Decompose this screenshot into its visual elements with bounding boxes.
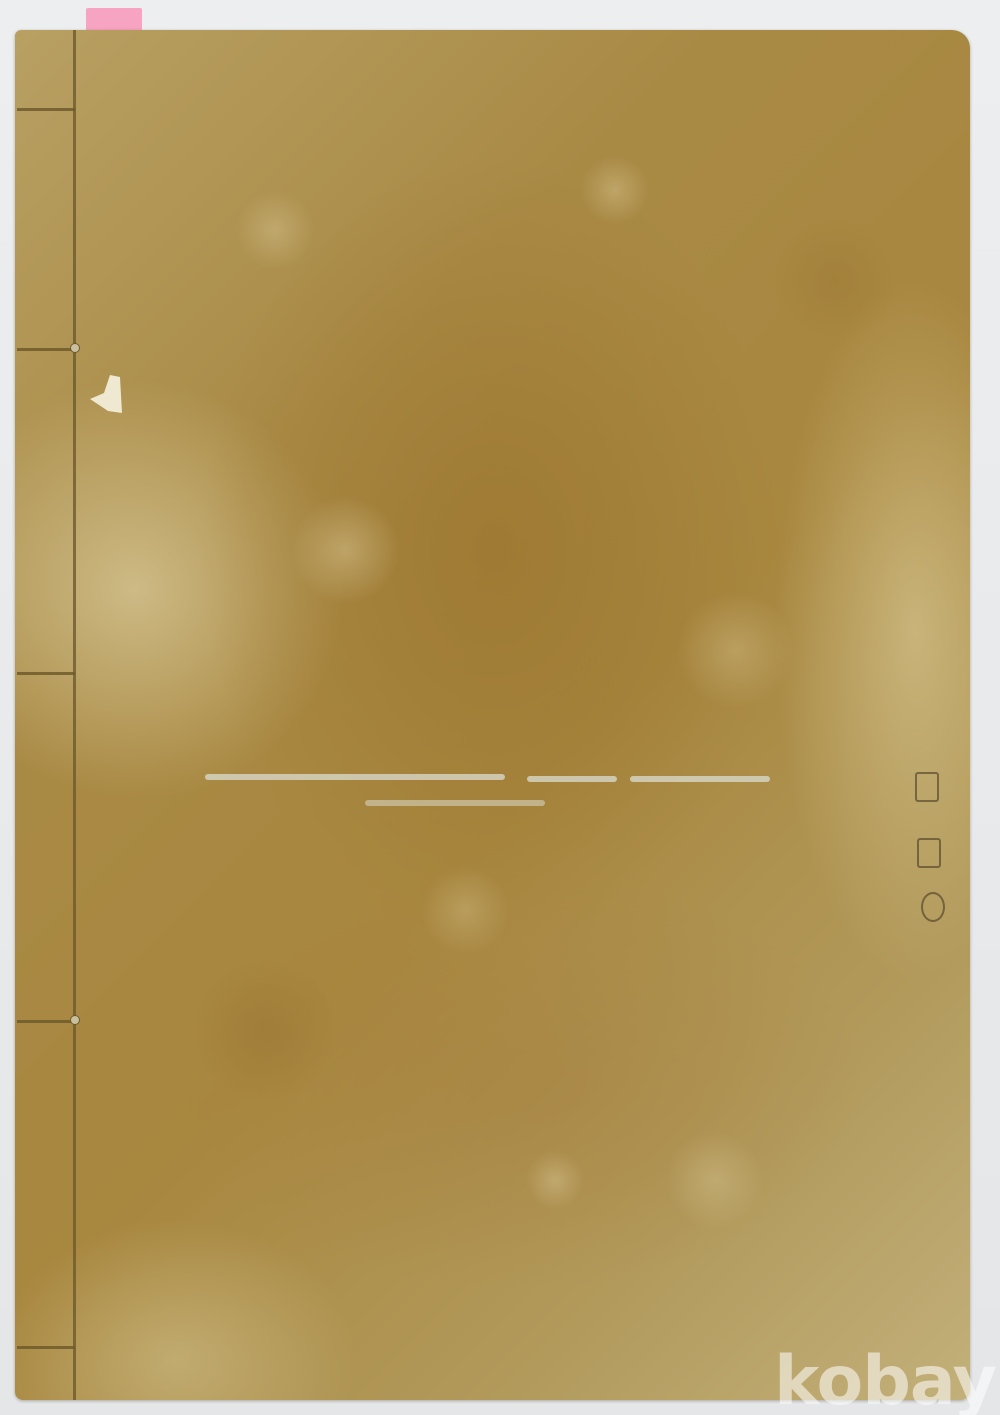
scratch-mark xyxy=(630,776,770,782)
faded-title-character xyxy=(921,892,945,922)
photo-background: kobay xyxy=(0,0,1000,1415)
binding-knot xyxy=(70,1015,80,1025)
faded-title-character xyxy=(915,772,939,802)
kobay-watermark: kobay xyxy=(774,1342,996,1415)
faded-title-character xyxy=(917,838,941,868)
book-cover xyxy=(15,30,970,1400)
scratch-mark xyxy=(365,800,545,806)
binding-stitch xyxy=(17,108,75,111)
binding-stitch xyxy=(17,348,75,351)
binding-spine-thread xyxy=(73,30,76,1400)
binding-stitch xyxy=(17,1346,75,1349)
binding-stitch xyxy=(17,672,75,675)
scratch-mark xyxy=(205,774,505,780)
binding-knot xyxy=(70,343,80,353)
binding-stitch xyxy=(17,1020,75,1023)
scratch-mark xyxy=(527,776,617,782)
paper-stains xyxy=(15,30,970,1400)
